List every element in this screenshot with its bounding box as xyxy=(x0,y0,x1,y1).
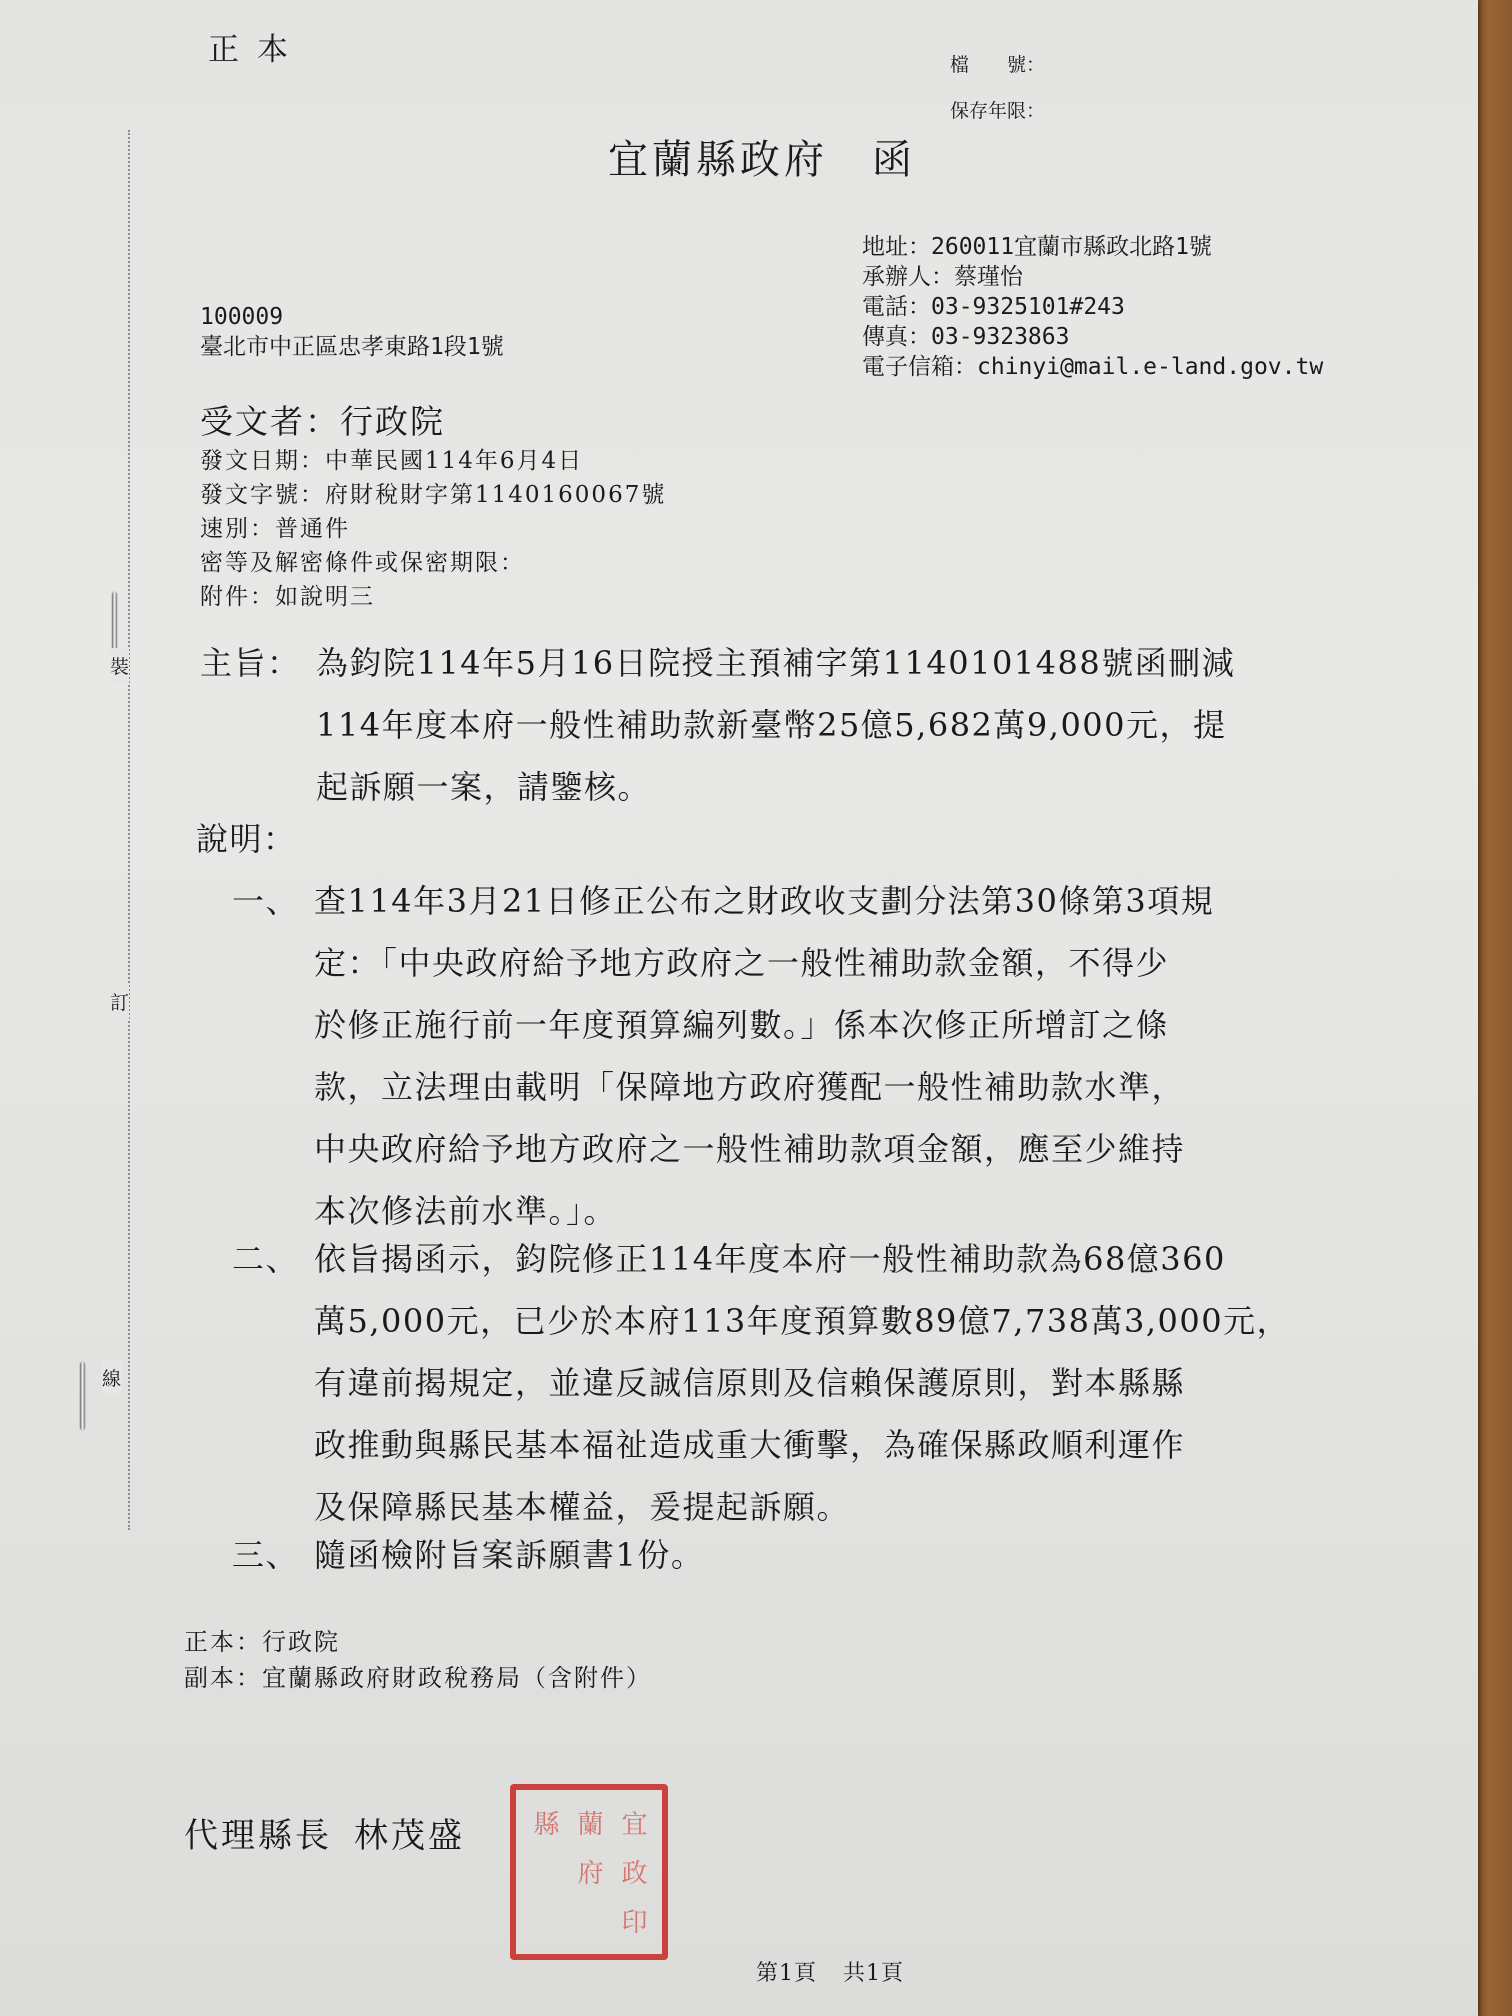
staple-bottom xyxy=(80,1362,85,1430)
binding-mark-zhuang: 裝 xyxy=(110,648,129,683)
issue-date: 發文日期：中華民國114年6月4日 xyxy=(200,444,666,478)
official-letter-page: 裝 訂 線 正本 檔 號： 保存年限： 宜蘭縣政府函 地址：260011宜蘭市縣… xyxy=(0,0,1478,2016)
item-line: 查114年3月21日修正公布之財政收支劃分法第30條第3項規 xyxy=(232,870,1214,932)
document-number: 發文字號：府財稅財字第1140160067號 xyxy=(200,478,666,512)
subject-line: 起訴願一案，請鑒核。 xyxy=(200,756,1235,818)
desk-surface xyxy=(1472,0,1512,2016)
seal-column: 印 xyxy=(522,1897,654,1946)
phone-number: 電話：03-9325101#243 xyxy=(862,292,1323,322)
postal-code: 100009 xyxy=(200,302,504,332)
distribution-block: 正本：行政院 副本：宜蘭縣政府財政稅務局（含附件） xyxy=(184,1624,652,1696)
seal-column: 宜蘭縣 xyxy=(522,1798,654,1847)
classification-line: 密等及解密條件或保密期限： xyxy=(200,546,666,580)
explanation-item-3: 三、 隨函檢附旨案訴願書1份。 xyxy=(232,1524,704,1586)
document-kind: 函 xyxy=(872,137,916,183)
explanation-item-2: 二、 依旨揭函示，鈞院修正114年度本府一般性補助款為68億360 萬5,000… xyxy=(232,1228,1290,1538)
copy-recipient: 副本：宜蘭縣政府財政稅務局（含附件） xyxy=(184,1660,652,1696)
binding-dotted-line xyxy=(128,130,130,1530)
copy-type-label: 正本 xyxy=(208,24,306,69)
item-number: 二、 xyxy=(232,1228,299,1290)
subject-line: 114年度本府一般性補助款新臺幣25億5,682萬9,000元，提 xyxy=(200,694,1235,756)
attachments-line: 附件：如說明三 xyxy=(200,580,666,614)
item-line: 定：「中央政府給予地方政府之一般性補助款金額，不得少 xyxy=(232,932,1214,994)
staple-top xyxy=(112,592,117,652)
fax-number: 傳真：03-9323863 xyxy=(862,322,1323,352)
recipient-address-block: 100009 臺北市中正區忠孝東路1段1號 xyxy=(200,302,504,362)
signer-title: 代理縣長 xyxy=(184,1816,332,1856)
seal-characters: 宜蘭縣 政府 印 xyxy=(524,1798,654,1946)
document-title: 宜蘭縣政府函 xyxy=(608,128,916,185)
item-number: 三、 xyxy=(232,1524,299,1586)
item-line: 於修正施行前一年度預算編列數。」係本次修正所增訂之條 xyxy=(232,994,1214,1056)
item-line: 萬5,000元，已少於本府113年度預算數89億7,738萬3,000元， xyxy=(232,1290,1290,1352)
sender-address: 地址：260011宜蘭市縣政北路1號 xyxy=(862,232,1323,262)
sender-contact-block: 地址：260011宜蘭市縣政北路1號 承辦人：蔡瑾怡 電話：03-9325101… xyxy=(862,232,1323,382)
binding-mark-xian: 線 xyxy=(102,1360,121,1395)
handler-name: 承辦人：蔡瑾怡 xyxy=(862,262,1323,292)
street-address: 臺北市中正區忠孝東路1段1號 xyxy=(200,332,504,362)
item-line: 依旨揭函示，鈞院修正114年度本府一般性補助款為68億360 xyxy=(232,1228,1290,1290)
item-line: 中央政府給予地方政府之一般性補助款項金額，應至少維持 xyxy=(232,1118,1214,1180)
issuer-name: 宜蘭縣政府 xyxy=(608,137,828,183)
signer-name: 林茂盛 xyxy=(354,1816,465,1856)
email-address: 電子信箱：chinyi@mail.e-land.gov.tw xyxy=(862,352,1323,382)
original-recipient: 正本：行政院 xyxy=(184,1624,652,1660)
signature-line: 代理縣長林茂盛 xyxy=(184,1808,465,1857)
item-line: 有違前揭規定，並違反誠信原則及信賴保護原則，對本縣縣 xyxy=(232,1352,1290,1414)
retention-period-label: 保存年限： xyxy=(950,96,1045,123)
page-number: 第1頁共1頁 xyxy=(756,1956,904,1987)
subject-line: 為鈞院114年5月16日院授主預補字第1140101488號函刪減 xyxy=(316,644,1235,682)
recipient-line: 受文者：行政院 xyxy=(200,396,445,443)
item-line: 隨函檢附旨案訴願書1份。 xyxy=(232,1524,704,1586)
binding-mark-ding: 訂 xyxy=(110,984,129,1019)
current-page: 第1頁 xyxy=(756,1961,817,1986)
item-line: 款，立法理由載明「保障地方政府獲配一般性補助款水準， xyxy=(232,1056,1214,1118)
explanation-heading: 說明： xyxy=(196,808,297,870)
document-info-block: 發文日期：中華民國114年6月4日 發文字號：府財稅財字第1140160067號… xyxy=(200,444,666,614)
official-seal-stamp: 宜蘭縣 政府 印 xyxy=(510,1784,668,1960)
total-pages: 共1頁 xyxy=(843,1961,904,1986)
item-number: 一、 xyxy=(232,870,299,932)
subject-section: 主旨：為鈞院114年5月16日院授主預補字第1140101488號函刪減 114… xyxy=(200,632,1235,818)
subject-label: 主旨： xyxy=(200,632,316,694)
seal-column: 政府 xyxy=(522,1847,654,1896)
item-line: 政推動與縣民基本福祉造成重大衝擊，為確保縣政順利運作 xyxy=(232,1414,1290,1476)
file-number-label: 檔 號： xyxy=(950,50,1045,77)
explanation-item-1: 一、 查114年3月21日修正公布之財政收支劃分法第30條第3項規 定：「中央政… xyxy=(232,870,1214,1242)
delivery-speed: 速別：普通件 xyxy=(200,512,666,546)
